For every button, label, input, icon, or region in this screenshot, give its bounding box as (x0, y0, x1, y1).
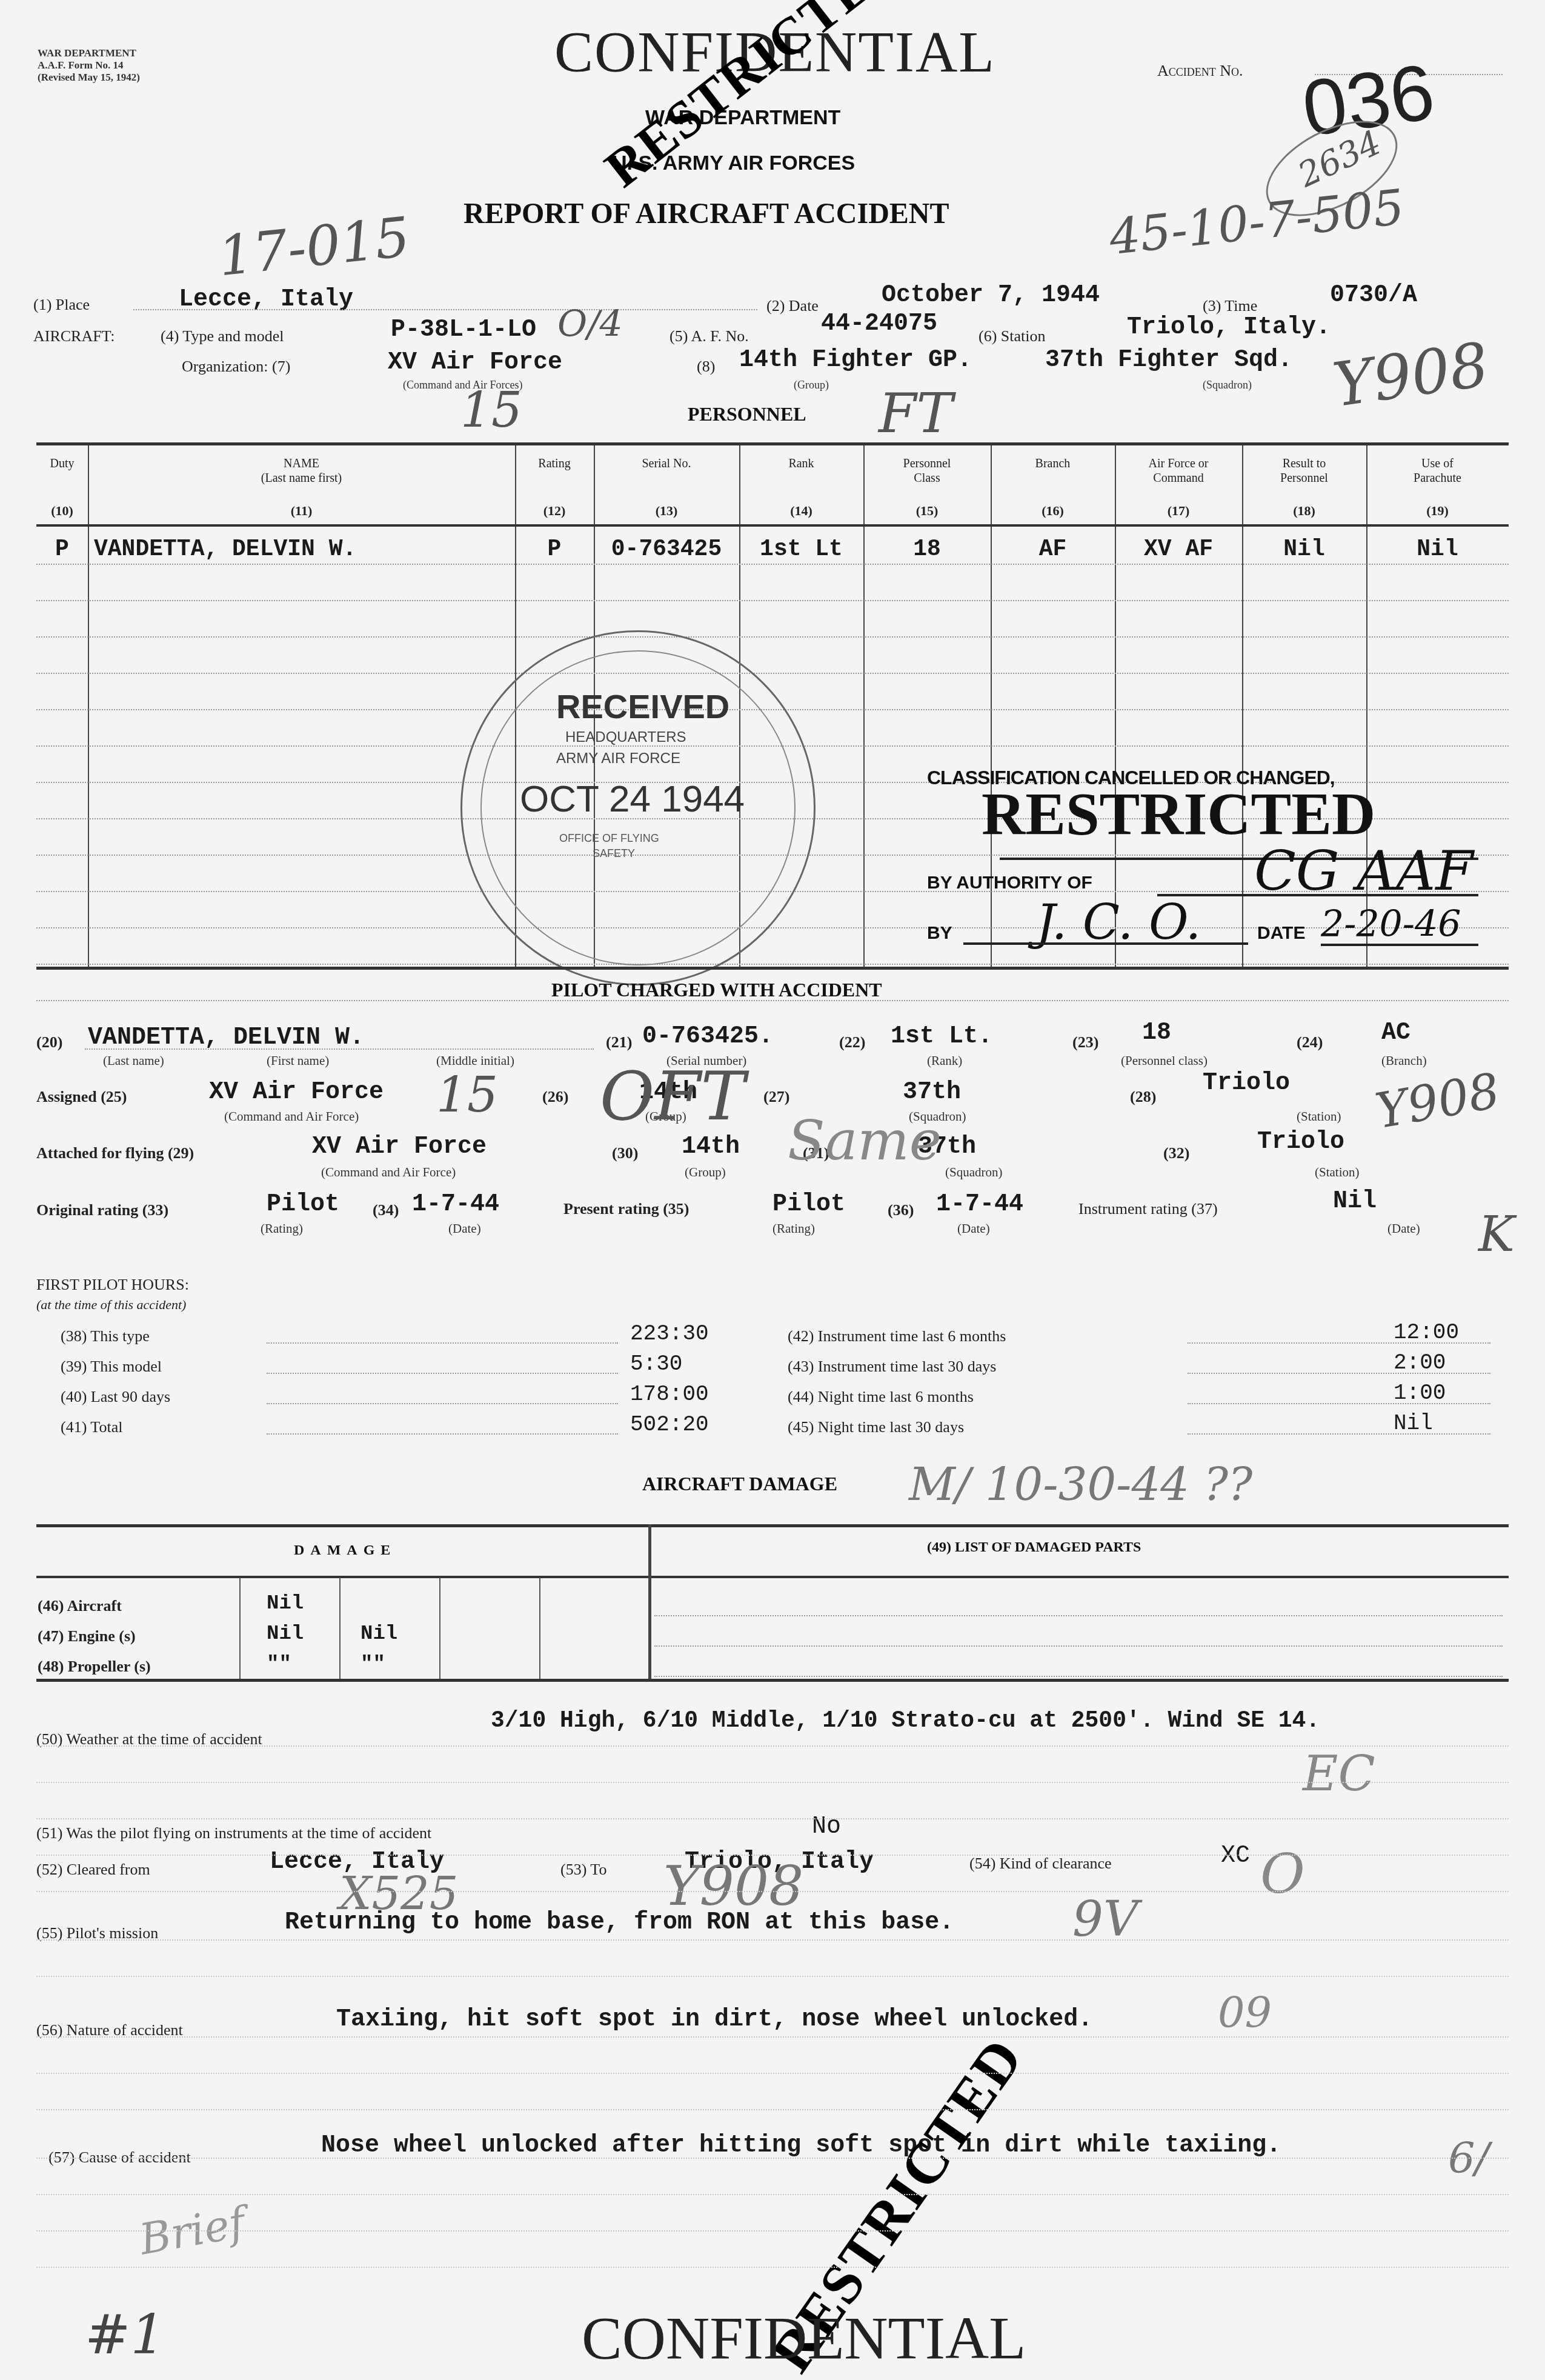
header-divider (36, 524, 1509, 527)
caption-date-3: (Date) (1387, 1221, 1420, 1236)
handwritten-assigned-note: 15 (436, 1067, 498, 1123)
pilot-branch-value: AC (1381, 1019, 1410, 1047)
column-header: Rating (515, 456, 594, 471)
hours-dots (267, 1373, 618, 1374)
pilot-heading: PILOT CHARGED WITH ACCIDENT (551, 979, 882, 1001)
handwritten-weather-margin: EC (1303, 1745, 1375, 1802)
table-column-divider (863, 445, 865, 967)
hours-left-value: 178:00 (630, 1382, 709, 1407)
ruled-line (36, 1745, 1509, 1747)
received-line5: SAFETY (593, 847, 635, 860)
column-number: (19) (1366, 503, 1509, 519)
handwritten-nature-margin: 09 (1218, 1988, 1272, 2038)
received-line4: OFFICE OF FLYING (559, 832, 659, 845)
table-row-line (36, 636, 1509, 638)
caption-rating-1: (Rating) (261, 1221, 303, 1236)
field-22-label: (22) (839, 1033, 865, 1052)
original-date-value: 1-7-44 (412, 1191, 499, 1218)
handwritten-pilot-group: OFT (600, 1058, 745, 1135)
damage-value-2: "" (360, 1653, 385, 1676)
ruled-line (36, 1939, 1509, 1941)
personnel-heading: PERSONNEL (688, 403, 806, 425)
form-identifier: WAR DEPARTMENT A.A.F. Form No. 14 (Revis… (38, 47, 140, 84)
ruled-line (36, 2194, 1509, 2195)
table-row-line (36, 600, 1509, 601)
caption-rating-2: (Rating) (772, 1221, 815, 1236)
received-line2: HEADQUARTERS (565, 729, 686, 746)
table-cell: VANDETTA, DELVIN W. (94, 536, 509, 562)
caption-command-2: (Command and Air Force) (321, 1165, 456, 1180)
table-cell: 1st Lt (745, 536, 857, 562)
field-20-label: (20) (36, 1033, 62, 1052)
received-line1: RECEIVED (556, 687, 729, 726)
table-column-divider (1115, 445, 1116, 967)
aircraft-label: AIRCRAFT: (33, 327, 115, 345)
attached-af-value: XV Air Force (312, 1133, 487, 1161)
column-header: Use of Parachute (1366, 456, 1509, 485)
column-header: Air Force or Command (1115, 456, 1242, 485)
column-header: NAME (Last name first) (88, 456, 515, 485)
field-30-label: (30) (612, 1144, 638, 1162)
column-number: (15) (863, 503, 991, 519)
handwritten-clearance-margin: O (1260, 1842, 1305, 1906)
report-title: REPORT OF AIRCRAFT ACCIDENT (463, 197, 949, 230)
handwritten-type-note: O/4 (557, 303, 623, 345)
damage-column-divider (339, 1578, 341, 1679)
hours-right-value: 12:00 (1394, 1320, 1459, 1345)
declass-restricted: RESTRICTED (982, 779, 1375, 848)
column-number: (16) (991, 503, 1115, 519)
caption-personnel-class: (Personnel class) (1121, 1053, 1208, 1068)
column-number: (18) (1242, 503, 1366, 519)
caption-squadron-2: (Squadron) (945, 1165, 1002, 1180)
place-label: (1) Place (33, 296, 90, 314)
damage-value-1: Nil (267, 1622, 304, 1645)
group-label: (8) (697, 358, 715, 376)
station-label: (6) Station (978, 327, 1046, 345)
mission-value: Returning to home base, from RON at this… (285, 1909, 954, 1936)
ruled-line (36, 1818, 1509, 1819)
handwritten-squadron-code: Y908 (1329, 329, 1493, 421)
org-label: Organization: (7) (182, 358, 290, 376)
column-number: (13) (594, 503, 739, 519)
hours-right-label: (42) Instrument time last 6 months (788, 1327, 1006, 1345)
form-number: A.A.F. Form No. 14 (38, 59, 140, 72)
attached-group-value: 14th (682, 1133, 740, 1161)
hours-dots (267, 1433, 618, 1435)
column-header: Duty (36, 456, 88, 471)
table-cell: P (42, 536, 82, 562)
classification-bottom: CONFIDENTIAL (582, 2303, 1026, 2373)
hours-dots (1188, 1433, 1490, 1435)
table-cell: Nil (1372, 536, 1503, 562)
caption-date-2: (Date) (957, 1221, 990, 1236)
declass-date-label: DATE (1257, 923, 1305, 944)
present-rating-label: Present rating (35) (563, 1200, 689, 1218)
clearance-value: XC (1221, 1842, 1250, 1870)
attached-label: Attached for flying (29) (36, 1144, 194, 1162)
date-label: (2) Date (766, 297, 819, 315)
instrument-rating-label: Instrument rating (37) (1078, 1200, 1218, 1218)
hours-left-value: 5:30 (630, 1352, 682, 1376)
table-cell: Nil (1248, 536, 1360, 562)
cause-value: Nose wheel unlocked after hitting soft s… (321, 2132, 1281, 2159)
received-date: OCT 24 1944 (520, 778, 745, 821)
column-header: Branch (991, 456, 1115, 471)
damage-table-heading: DAMAGE (294, 1542, 396, 1559)
hours-left-label: (41) Total (61, 1418, 122, 1436)
handwritten-bottom-left-2: #1 (85, 2303, 165, 2367)
caption-station-2: (Station) (1315, 1165, 1360, 1180)
hours-right-label: (44) Night time last 6 months (788, 1388, 974, 1406)
ruled-line (36, 2267, 1509, 2268)
afno-label: (5) A. F. No. (669, 327, 749, 345)
hours-dots (267, 1403, 618, 1404)
handwritten-attached-note: Same (788, 1109, 942, 1173)
field-24-label: (24) (1297, 1033, 1323, 1052)
damage-column-divider (539, 1578, 540, 1679)
damaged-parts-line (654, 1645, 1503, 1647)
time-value: 0730/A (1330, 282, 1417, 309)
damage-heading: AIRCRAFT DAMAGE (642, 1473, 837, 1495)
handwritten-group-note: FT (879, 382, 952, 445)
received-line3: ARMY AIR FORCE (556, 750, 680, 767)
original-rating-value: Pilot (267, 1191, 339, 1218)
table-column-divider (88, 445, 89, 967)
assigned-label: Assigned (25) (36, 1088, 127, 1106)
damage-value-1: "" (267, 1653, 291, 1676)
damage-row-label: (46) Aircraft (38, 1597, 122, 1615)
clearance-label: (54) Kind of clearance (969, 1855, 1112, 1873)
ruled-line (36, 2230, 1509, 2232)
ruled-line (36, 2158, 1509, 2159)
hours-left-value: 502:20 (630, 1412, 709, 1437)
org-value: XV Air Force (388, 349, 562, 376)
pilot-rank-value: 1st Lt. (891, 1023, 992, 1050)
pilot-class-value: 18 (1142, 1019, 1171, 1047)
damage-row-label: (48) Propeller (s) (38, 1658, 151, 1676)
instruments-value: No (812, 1813, 841, 1841)
column-number: (11) (88, 503, 515, 519)
declass-date-value: 2-20-46 (1321, 903, 1461, 945)
accident-no-label: Accident No. (1157, 62, 1243, 80)
ruled-line (36, 2109, 1509, 2110)
pilot-serial-value: 0-763425. (642, 1023, 773, 1050)
table-cell: 0-763425 (600, 536, 733, 562)
declass-by-label: BY (927, 923, 952, 944)
hours-right-value: 2:00 (1394, 1350, 1446, 1375)
damage-column-divider (239, 1578, 241, 1679)
table-cell: XV AF (1121, 536, 1236, 562)
ruled-line (36, 1855, 1509, 1856)
instruments-label: (51) Was the pilot flying on instruments… (36, 1824, 431, 1842)
table-column-divider (1242, 445, 1243, 967)
present-date-value: 1-7-44 (936, 1191, 1023, 1218)
type-label: (4) Type and model (161, 327, 284, 345)
time-label: (3) Time (1203, 297, 1257, 315)
assigned-station-value: Triolo (1203, 1070, 1290, 1097)
form-dept: WAR DEPARTMENT (38, 47, 140, 59)
squadron-value: 37th Fighter Sqd. (1045, 347, 1292, 374)
table-cell: P (521, 536, 588, 562)
squadron-caption: (Squadron) (1203, 379, 1252, 392)
damage-row-label: (47) Engine (s) (38, 1627, 136, 1645)
field-36-label: (36) (888, 1201, 914, 1219)
handwritten-org-note: 15 (460, 382, 522, 438)
field-32-label: (32) (1163, 1144, 1189, 1162)
damaged-parts-line (654, 1615, 1503, 1616)
to-label: (53) To (560, 1861, 606, 1879)
damaged-parts-heading: (49) LIST OF DAMAGED PARTS (927, 1539, 1141, 1556)
column-header: Personnel Class (863, 456, 991, 485)
caption-command-1: (Command and Air Force) (224, 1109, 359, 1124)
column-header: Result to Personnel (1242, 456, 1366, 485)
column-header: Serial No. (594, 456, 739, 471)
handwritten-accident-code: 45-10-7-505 (1106, 179, 1406, 266)
caption-station-1: (Station) (1297, 1109, 1341, 1124)
attached-station-value: Triolo (1257, 1128, 1344, 1156)
column-header: Rank (739, 456, 863, 471)
column-number: (12) (515, 503, 594, 519)
caption-branch: (Branch) (1381, 1053, 1427, 1068)
handwritten-pilot-station: Y908 (1371, 1062, 1504, 1139)
field-26-label: (26) (542, 1088, 568, 1106)
original-rating-label: Original rating (33) (36, 1201, 168, 1219)
ruled-line (36, 2073, 1509, 2074)
caption-first-name: (First name) (267, 1053, 329, 1068)
field-21-label: (21) (606, 1033, 632, 1052)
field-27-label: (27) (763, 1088, 789, 1106)
column-number: (14) (739, 503, 863, 519)
hours-left-value: 223:30 (630, 1321, 709, 1346)
received-stamp: RECEIVED HEADQUARTERS ARMY AIR FORCE OCT… (460, 630, 816, 985)
assigned-sqd-value: 37th (903, 1079, 961, 1106)
damage-column-divider (439, 1578, 440, 1679)
cleared-from-label: (52) Cleared from (36, 1861, 150, 1879)
hours-subheading: (at the time of this accident) (36, 1297, 186, 1313)
weather-value: 3/10 High, 6/10 Middle, 1/10 Strato-cu a… (491, 1708, 1320, 1734)
hours-right-label: (45) Night time last 30 days (788, 1418, 964, 1436)
caption-last-name: (Last name) (103, 1053, 164, 1068)
handwritten-top-left: 17-015 (215, 205, 413, 289)
hours-right-label: (43) Instrument time last 30 days (788, 1358, 996, 1376)
field-34-label: (34) (373, 1201, 399, 1219)
handwritten-instrument-margin: K (1478, 1206, 1515, 1262)
pilot-name-value: VANDETTA, DELVIN W. (88, 1024, 364, 1052)
table-row-line (36, 964, 1509, 965)
field-23-label: (23) (1072, 1033, 1098, 1052)
handwritten-damage-note: M/ 10-30-44 ?? (909, 1458, 1252, 1511)
table-cell: 18 (869, 536, 985, 562)
hours-left-label: (38) This type (61, 1327, 150, 1345)
damaged-parts-line (654, 1676, 1503, 1677)
group-caption: (Group) (794, 379, 829, 392)
column-number: (10) (36, 503, 88, 519)
hours-right-value: 1:00 (1394, 1381, 1446, 1405)
table-row-line (36, 564, 1509, 565)
afno-value: 44-24075 (821, 310, 937, 338)
damage-value-2: Nil (360, 1622, 397, 1645)
caption-rank: (Rank) (927, 1053, 962, 1068)
ruled-line (36, 1782, 1509, 1783)
damage-value-1: Nil (267, 1592, 304, 1615)
field-28-label: (28) (1130, 1088, 1156, 1106)
group-value: 14th Fighter GP. (739, 347, 972, 374)
hours-right-value: Nil (1394, 1411, 1433, 1436)
hours-left-label: (40) Last 90 days (61, 1388, 170, 1406)
assigned-af-value: XV Air Force (209, 1079, 384, 1106)
caption-group-2: (Group) (685, 1165, 726, 1180)
hours-heading: FIRST PILOT HOURS: (36, 1276, 189, 1294)
ruled-line (36, 1976, 1509, 1977)
caption-date-1: (Date) (448, 1221, 481, 1236)
date-value: October 7, 1944 (882, 282, 1100, 309)
hours-dots (267, 1342, 618, 1344)
declass-authority-label: BY AUTHORITY OF (927, 873, 1092, 893)
column-number: (17) (1115, 503, 1242, 519)
station-value: Triolo, Italy. (1127, 314, 1331, 341)
table-row-line (36, 673, 1509, 674)
instrument-rating-value: Nil (1333, 1188, 1377, 1215)
form-revised: (Revised May 15, 1942) (38, 72, 140, 84)
hours-left-label: (39) This model (61, 1358, 162, 1376)
aircraft-type-value: P-38L-1-LO (391, 316, 536, 344)
ruled-line (36, 2036, 1509, 2038)
table-cell: AF (997, 536, 1109, 562)
ruled-line (36, 1891, 1509, 1892)
present-rating-value: Pilot (772, 1191, 845, 1218)
